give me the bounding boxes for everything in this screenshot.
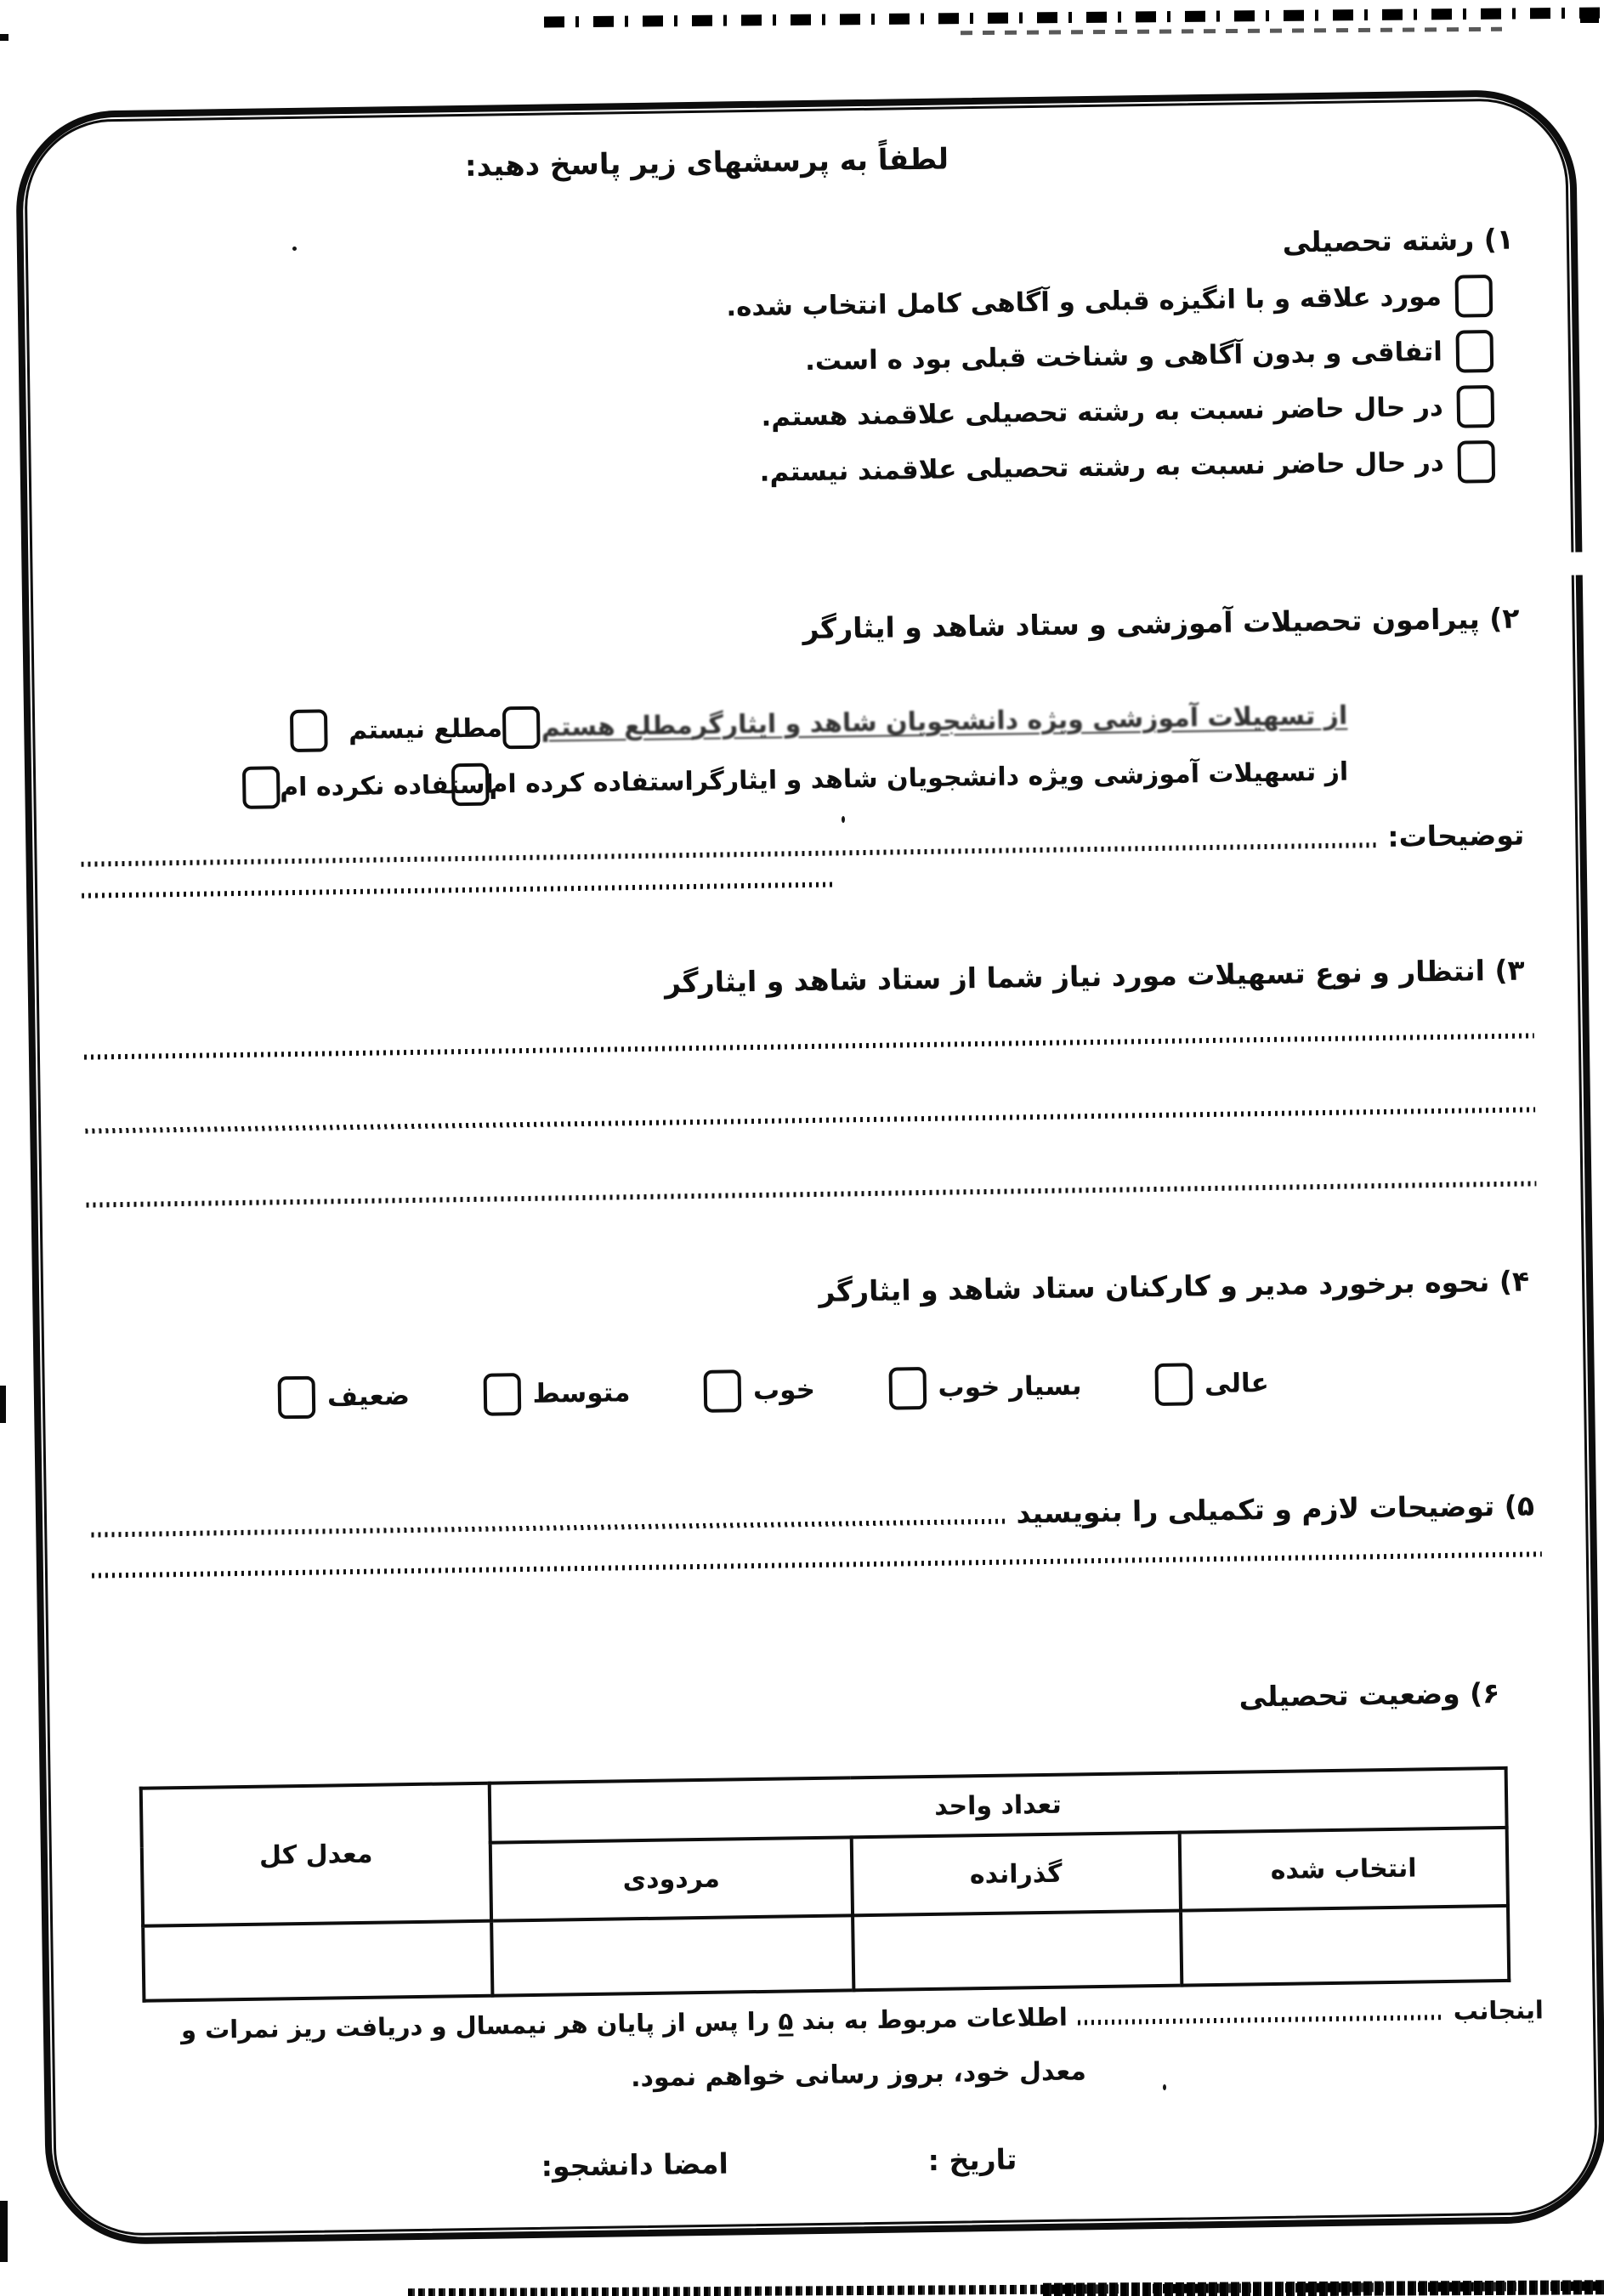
statement-label: از تسهیلات آموزشی ویژه دانشجویان شاهد و … <box>692 700 1347 740</box>
rating-item: ضعیف <box>278 1375 411 1419</box>
section1-option-row: در حال حاضر نسبت به رشته تحصیلی علاقمند … <box>761 385 1494 439</box>
notes-row: توضیحات: <box>81 819 1524 873</box>
option-label: در حال حاضر نسبت به رشته تحصیلی علاقمند … <box>761 392 1443 433</box>
declaration-text: را پس از پایان هر نیمسال و دریافت ریز نم… <box>181 2007 770 2044</box>
date-label: تاریخ : <box>927 2143 1017 2178</box>
form-border-frame: لطفاً به پرسشهای زیر پاسخ دهید: ۱) رشته … <box>14 89 1604 2246</box>
rating-item: عالی <box>1155 1362 1270 1406</box>
section6-heading: ۶) وضعیت تحصیلی <box>1238 1676 1499 1714</box>
rating-label: متوسط <box>532 1377 630 1409</box>
checkbox-rating-average[interactable] <box>483 1373 521 1416</box>
answer-line[interactable] <box>92 1551 1542 1578</box>
notes-label: توضیحات: <box>1387 819 1525 853</box>
section2-row-usage: از تسهیلات آموزشی ویژه دانشجویان شاهد و … <box>291 751 1349 808</box>
declaration-line1: اینجانب اطلاعات مربوط به بند ۵ را پس از … <box>99 1995 1544 2045</box>
option-label: استفاده نکرده ام <box>280 769 494 802</box>
rating-label: خوب <box>753 1375 815 1406</box>
option-label: استفاده کرده ام <box>489 767 694 800</box>
rating-scale-row: عالی بسیار خوب خوب متوسط ضعیف <box>278 1362 1270 1419</box>
rating-label: عالی <box>1204 1368 1269 1399</box>
section5-heading: ۵) توضیحات لازم و تکمیلی را بنویسید <box>1016 1488 1534 1529</box>
checkbox-s1-option2[interactable] <box>1455 330 1493 373</box>
option-label: در حال حاضر نسبت به رشته تحصیلی علاقمند … <box>759 447 1444 488</box>
checkbox-s1-option1[interactable] <box>1455 275 1493 318</box>
failed-units-value-cell[interactable] <box>491 1915 854 1995</box>
clause-number: ۵ <box>778 2006 793 2035</box>
declaration-line2: معدل خود، بروز رسانی خواهم نمود. <box>631 2056 1086 2093</box>
section2-heading: ۲) پیرامون تحصیلات آموزشی و ستاد شاهد و … <box>802 602 1520 646</box>
option-label: اتفاقی و بدون آگاهی و شناخت قبلی بود ه ا… <box>805 337 1442 377</box>
answer-line[interactable] <box>84 1033 1534 1059</box>
section1-option-row: مورد علاقه و با انگیزه قبلی و آگاهی کامل… <box>726 275 1493 328</box>
scan-artifact-left-bottom-mark <box>0 2201 8 2262</box>
scan-artifact-top-dashes-thin <box>961 27 1502 35</box>
footer-row: تاریخ : امضا دانشجو: <box>541 2143 1017 2183</box>
checkbox-rating-weak[interactable] <box>278 1376 316 1420</box>
failed-units-header: مردودی <box>490 1837 853 1920</box>
rating-item: خوب <box>704 1369 816 1413</box>
declaration-body: اطلاعات مربوط به بند ۵ را پس از پایان هر… <box>181 2003 1068 2044</box>
rating-item: متوسط <box>483 1371 631 1416</box>
rating-label: بسیار خوب <box>938 1370 1082 1403</box>
declaration-text: اطلاعات مربوط به بند <box>802 2003 1068 2036</box>
scanned-form-page: لطفاً به پرسشهای زیر پاسخ دهید: ۱) رشته … <box>0 0 1604 2296</box>
gpa-value-cell[interactable] <box>143 1921 492 2001</box>
checkbox-informed-no[interactable] <box>290 709 328 752</box>
checkbox-rating-good[interactable] <box>704 1369 742 1413</box>
name-blank-line[interactable] <box>1078 2015 1443 2025</box>
option-label: مطلع نیستم <box>349 713 502 745</box>
frame-print-gap <box>1556 552 1586 575</box>
checkbox-rating-very-good[interactable] <box>888 1367 927 1410</box>
passed-units-header: گذرانده <box>852 1833 1181 1916</box>
checkbox-used-no[interactable] <box>242 766 281 809</box>
scan-artifact-left-top-mark <box>0 34 9 41</box>
answer-line[interactable] <box>91 1519 1006 1538</box>
selected-units-value-cell[interactable] <box>1181 1906 1510 1986</box>
answer-line[interactable] <box>82 882 836 899</box>
academic-status-table: تعداد واحد معدل کل انتخاب شده گذرانده مر… <box>139 1766 1511 2003</box>
section2-row-awareness: از تسهیلات آموزشی ویژه دانشجویان شاهد و … <box>290 694 1348 752</box>
scan-artifact-bottom-right-band <box>1043 2280 1604 2296</box>
answer-line[interactable] <box>82 842 1378 867</box>
statement-label: از تسهیلات آموزشی ویژه دانشجویان شاهد و … <box>693 757 1348 796</box>
student-signature-label: امضا دانشجو: <box>541 2147 728 2183</box>
gpa-header-cell: معدل کل <box>141 1783 491 1926</box>
checkbox-rating-excellent[interactable] <box>1155 1363 1193 1406</box>
checkbox-informed-yes[interactable] <box>502 706 541 750</box>
declaration-prefix: اینجانب <box>1454 1995 1544 2026</box>
option-label: مورد علاقه و با انگیزه قبلی و آگاهی کامل… <box>726 281 1442 322</box>
rating-item: بسیار خوب <box>888 1364 1082 1409</box>
section4-heading: ۴) نحوه برخورد مدیر و کارکنان ستاد شاهد … <box>819 1264 1529 1307</box>
form-title: لطفاً به پرسشهای زیر پاسخ دهید: <box>0 135 1432 190</box>
scan-artifact-top-dashes <box>544 8 1604 28</box>
answer-line[interactable] <box>87 1181 1537 1207</box>
section3-heading: ۳) انتظار و نوع تسهیلات مورد نیاز شما از… <box>665 954 1525 1000</box>
option-label: مطلع هستم <box>541 711 693 743</box>
section1-option-row: در حال حاضر نسبت به رشته تحصیلی علاقمند … <box>759 440 1495 494</box>
scan-artifact-left-mark <box>0 1386 6 1423</box>
section1-heading: ۱) رشته تحصیلی <box>1282 223 1514 259</box>
passed-units-value-cell[interactable] <box>853 1911 1182 1991</box>
section1-option-row: اتفاقی و بدون آگاهی و شناخت قبلی بود ه ا… <box>805 330 1494 383</box>
selected-units-header: انتخاب شده <box>1179 1828 1508 1911</box>
scan-artifact-top-right-mark <box>1580 10 1599 23</box>
section5-row: ۵) توضیحات لازم و تکمیلی را بنویسید <box>91 1488 1534 1543</box>
checkbox-s1-option4[interactable] <box>1457 440 1495 484</box>
answer-line[interactable] <box>85 1107 1535 1133</box>
checkbox-s1-option3[interactable] <box>1456 385 1494 428</box>
rating-label: ضعیف <box>327 1380 411 1412</box>
